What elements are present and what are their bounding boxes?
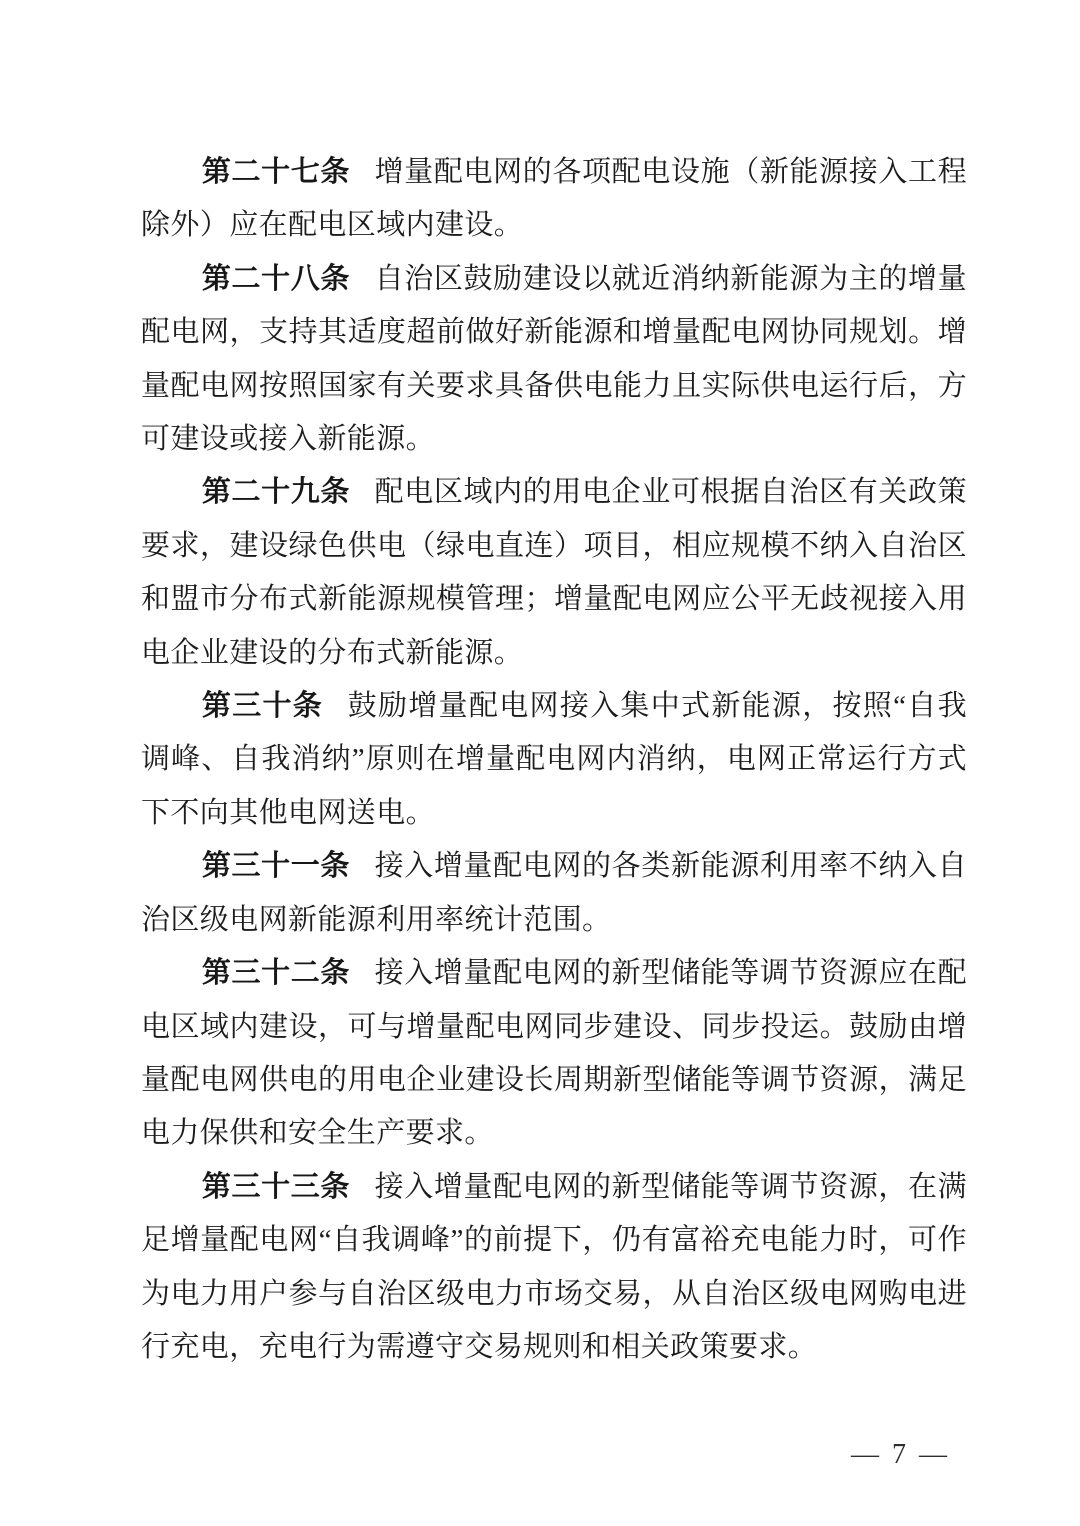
article-paragraph: 第三十三条接入增量配电网的新型储能等调节资源，在满足增量配电网“自我调峰”的前提… (141, 1161, 967, 1375)
article-paragraph: 第三十二条接入增量配电网的新型储能等调节资源应在配电区域内建设，可与增量配电网同… (141, 947, 967, 1161)
article-paragraph: 第二十九条配电区域内的用电企业可根据自治区有关政策要求，建设绿色供电（绿电直连）… (141, 466, 967, 680)
article-number: 第二十七条 (202, 156, 350, 188)
article-number: 第三十条 (202, 690, 323, 722)
article-paragraph: 第二十八条自治区鼓励建设以就近消纳新能源为主的增量配电网，支持其适度超前做好新能… (141, 253, 967, 467)
article-number: 第三十一条 (202, 850, 350, 882)
article-number: 第三十二条 (202, 957, 350, 989)
article-paragraph: 第三十一条接入增量配电网的各类新能源利用率不纳入自治区级电网新能源利用率统计范围… (141, 840, 967, 947)
document-page: 第二十七条增量配电网的各项配电设施（新能源接入工程除外）应在配电区域内建设。 第… (0, 0, 1080, 1526)
article-number: 第二十八条 (202, 263, 350, 295)
article-paragraph: 第三十条鼓励增量配电网接入集中式新能源，按照“自我调峰、自我消纳”原则在增量配电… (141, 680, 967, 840)
article-number: 第三十三条 (202, 1171, 350, 1203)
article-number: 第二十九条 (202, 476, 350, 508)
document-body: 第二十七条增量配电网的各项配电设施（新能源接入工程除外）应在配电区域内建设。 第… (141, 146, 967, 1374)
page-number: — 7 — (851, 1438, 950, 1472)
article-paragraph: 第二十七条增量配电网的各项配电设施（新能源接入工程除外）应在配电区域内建设。 (141, 146, 967, 253)
